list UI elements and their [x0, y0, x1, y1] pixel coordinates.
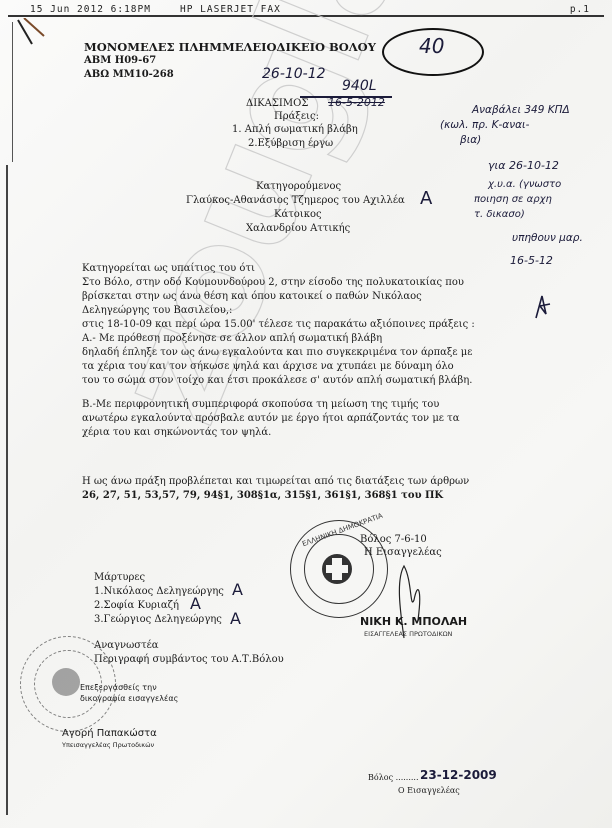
- act-item: 2.Εξύβριση έργω: [248, 138, 333, 149]
- signature-place-date: Βόλος 7-6-10: [360, 534, 427, 545]
- charge-act-a-line: του το σώμα στον τοίχο και έτσι προκάλεσ…: [82, 375, 472, 386]
- witnesses-label: Μάρτυρες: [94, 572, 145, 583]
- handwritten-date-top: 26-10-12: [262, 66, 326, 82]
- hearing-struck-date: 16-5-2012: [328, 96, 385, 109]
- handwritten-signature: [390, 560, 430, 640]
- witness-mark: A: [230, 609, 241, 628]
- court-abo: ΑΒΩ ΜΜ10-268: [84, 69, 174, 80]
- defendant-label: Κατηγορούμενος: [256, 181, 341, 192]
- charge-intro: Κατηγορείται ως υπαίτιος του ότι: [82, 263, 255, 274]
- signature-name: ΝΙΚΗ Κ. ΜΠΟΛΑΗ: [360, 615, 467, 628]
- charge-act-b-line: χέρια του και σηκώνοντάς τον ψηλά.: [82, 427, 271, 438]
- defendant-mark: A: [420, 188, 432, 209]
- charge-act-b-line: ανωτέρω εγκαλούντα πρόσβαλε αυτόν με έργ…: [82, 413, 459, 424]
- to-read-item: Περιγραφή συμβάντος του Α.Τ.Βόλου: [94, 654, 284, 665]
- charge-time-line: στις 18-10-09 και περί ώρα 15.00' τέλεσε…: [82, 319, 475, 330]
- fax-page-number: p.1: [570, 4, 590, 15]
- scanned-document-page: 15 Jun 2012 6:18PM HP LASERJET FAX p.1 z…: [0, 0, 612, 828]
- deputy-prosecutor-title: Υπεισαγγελέας Πρωτοδικών: [62, 741, 154, 749]
- charge-place-line: Στο Βόλο, στην οδό Κουμουνδούρου 2, στην…: [82, 277, 464, 288]
- deputy-prosecutor-name: Αγορή Παπακώστα: [62, 728, 157, 739]
- processed-by-line: Επεξεργάσθείς την: [80, 683, 157, 692]
- witness-item: 1.Νικόλαος Δεληγεώργης: [94, 586, 224, 597]
- handwritten-code: 940L: [342, 78, 377, 94]
- law-line: Η ως άνω πράξη προβλέπεται και τιμωρείτα…: [82, 476, 469, 487]
- footer-place: Βόλος .........: [368, 773, 419, 782]
- margin-line: [12, 22, 13, 162]
- charge-place-line: Δεληγεώργης του Βασιλείου,:: [82, 305, 232, 316]
- defendant-name: Γλαύκος-Αθανάσιος Τζημερος του Αχιλλέα: [186, 195, 405, 206]
- initials-mark: [532, 292, 552, 320]
- fax-datetime: 15 Jun 2012 6:18PM: [30, 4, 151, 15]
- hearing-label: ΔΙΚΑΣΙΜΟΣ: [246, 98, 308, 109]
- signature-role: Η Εισαγγελέας: [364, 547, 442, 558]
- act-item: 1. Απλή σωματική βλάβη: [232, 124, 358, 135]
- charge-act-a-line: τα χέρια του και τον σήκωσε ψηλά και άρχ…: [82, 361, 454, 372]
- processed-by-line: δικογραφία εισαγγελέας: [80, 694, 178, 703]
- charge-act-b-line: Β.-Με περιφρονητική συμπεριφορά σκοπούσα…: [82, 399, 439, 410]
- footer-date: 23-12-2009: [420, 768, 497, 782]
- court-abm: ΑΒΜ Η09-67: [84, 55, 156, 66]
- acts-label: Πράξεις:: [274, 111, 319, 122]
- witness-mark: A: [232, 580, 243, 599]
- charge-act-a-line: δηλαδή έπληξε τον ως άνω εγκαλούντα και …: [82, 347, 472, 358]
- margin-slash-marks: [14, 18, 50, 48]
- witness-item: 3.Γεώργιος Δεληγεώργης: [94, 614, 222, 625]
- witness-mark: A: [190, 594, 201, 613]
- witness-item: 2.Σοφία Κυριαζή: [94, 600, 179, 611]
- law-line: 26, 27, 51, 53,57, 79, 94§1, 308§1α, 315…: [82, 490, 443, 501]
- residence-value: Χαλανδρίου Αττικής: [246, 223, 350, 234]
- charge-place-line: βρίσκεται στην ως άνω θέση και όπου κατο…: [82, 291, 422, 302]
- signature-title: ΕΙΣΑΓΓΕΛΕΑΣ ΠΡΩΤΟΔΙΚΩΝ: [364, 630, 452, 638]
- to-read-label: Αναγνωστέα: [94, 640, 159, 651]
- court-name: ΜΟΝΟΜΕΛΕΣ ΠΛΗΜΜΕΛΕΙΟΔΙΚΕΙΟ ΒΟΛΟΥ: [84, 40, 376, 54]
- margin-line: [6, 165, 8, 815]
- charge-act-a-line: Α.- Με πρόθεση προξένησε σε άλλον απλή σ…: [82, 333, 382, 344]
- circled-number-text: 40: [419, 34, 444, 58]
- footer-role: Ο Εισαγγελέας: [398, 786, 460, 795]
- residence-label: Κάτοικος: [274, 209, 322, 220]
